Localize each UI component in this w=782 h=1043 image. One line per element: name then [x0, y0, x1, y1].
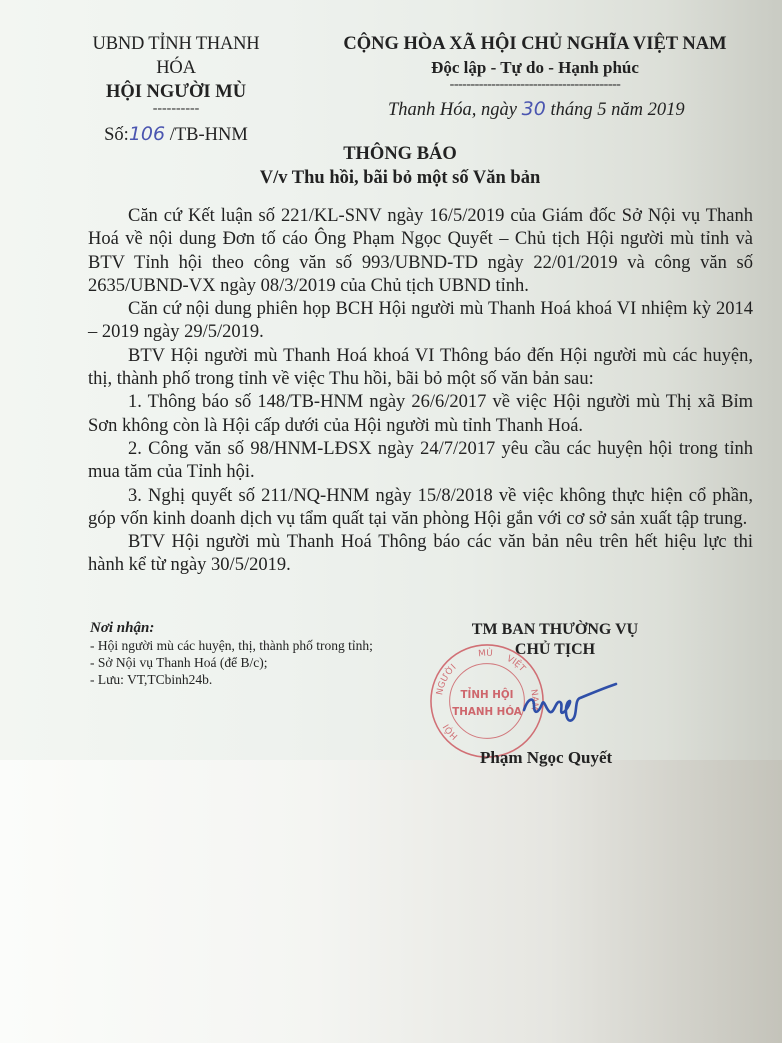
- seal-outer-text-1: NGƯỜI: [435, 663, 458, 696]
- doc-number-prefix: Số:: [104, 125, 129, 145]
- doc-number-handwritten: 106: [129, 123, 165, 145]
- document-type: THÔNG BÁO: [200, 142, 600, 166]
- recipient-item: - Hội người mù các huyện, thị, thành phố…: [90, 637, 373, 654]
- seal-center-line1: TỈNH HỘI: [461, 687, 514, 701]
- header-divider-right: ----------------------------------------…: [330, 78, 740, 92]
- issuing-agency-header: UBND TỈNH THANH HÓA HỘI NGƯỜI MÙ -------…: [76, 32, 276, 147]
- document-subject: V/v Thu hồi, bãi bỏ một số Văn bản: [200, 166, 600, 190]
- seal-center-line2: THANH HÓA: [452, 705, 522, 718]
- signature-position: CHỦ TỊCH: [455, 640, 655, 660]
- body-paragraph: BTV Hội người mù Thanh Hoá khoá VI Thông…: [88, 345, 753, 392]
- paper-background: [0, 760, 782, 1043]
- body-list-item: 1. Thông báo số 148/TB-HNM ngày 26/6/201…: [88, 391, 753, 438]
- place-date-prefix: Thanh Hóa, ngày: [388, 100, 517, 120]
- parent-agency: UBND TỈNH THANH HÓA: [76, 32, 276, 80]
- body-paragraph: Căn cứ nội dung phiên họp BCH Hội người …: [88, 298, 753, 345]
- recipient-item: - Lưu: VT,TCbinh24b.: [90, 671, 373, 688]
- body-paragraph: Căn cứ Kết luận số 221/KL-SNV ngày 16/5/…: [88, 205, 753, 298]
- signature-block: TM BAN THƯỜNG VỤ CHỦ TỊCH: [455, 620, 655, 660]
- body-paragraph: BTV Hội người mù Thanh Hoá Thông báo các…: [88, 531, 753, 578]
- signer-name: Phạm Ngọc Quyết: [480, 748, 612, 768]
- svg-text:NGƯỜI: NGƯỜI: [435, 663, 458, 696]
- recipients-label: Nơi nhận:: [90, 620, 373, 637]
- handwritten-signature-icon: [520, 680, 620, 730]
- nation-name: CỘNG HÒA XÃ HỘI CHỦ NGHĨA VIỆT NAM: [330, 32, 740, 56]
- document-page: UBND TỈNH THANH HÓA HỘI NGƯỜI MÙ -------…: [0, 0, 782, 1043]
- place-and-date: Thanh Hóa, ngày 30 tháng 5 năm 2019: [388, 98, 685, 121]
- day-handwritten: 30: [522, 98, 546, 120]
- recipients-block: Nơi nhận: - Hội người mù các huyện, thị,…: [90, 620, 373, 688]
- document-title: THÔNG BÁO V/v Thu hồi, bãi bỏ một số Văn…: [200, 142, 600, 190]
- place-date-suffix: tháng 5 năm 2019: [550, 100, 684, 120]
- body-list-item: 2. Công văn số 98/HNM-LĐSX ngày 24/7/201…: [88, 438, 753, 485]
- national-header: CỘNG HÒA XÃ HỘI CHỦ NGHĨA VIỆT NAM Độc l…: [330, 32, 740, 92]
- recipient-item: - Sở Nội vụ Thanh Hoá (để B/c);: [90, 654, 373, 671]
- body-list-item: 3. Nghị quyết số 211/NQ-HNM ngày 15/8/20…: [88, 485, 753, 532]
- document-body: Căn cứ Kết luận số 221/KL-SNV ngày 16/5/…: [88, 205, 753, 578]
- signature-on-behalf: TM BAN THƯỜNG VỤ: [455, 620, 655, 640]
- header-divider-left: ----------: [76, 102, 276, 116]
